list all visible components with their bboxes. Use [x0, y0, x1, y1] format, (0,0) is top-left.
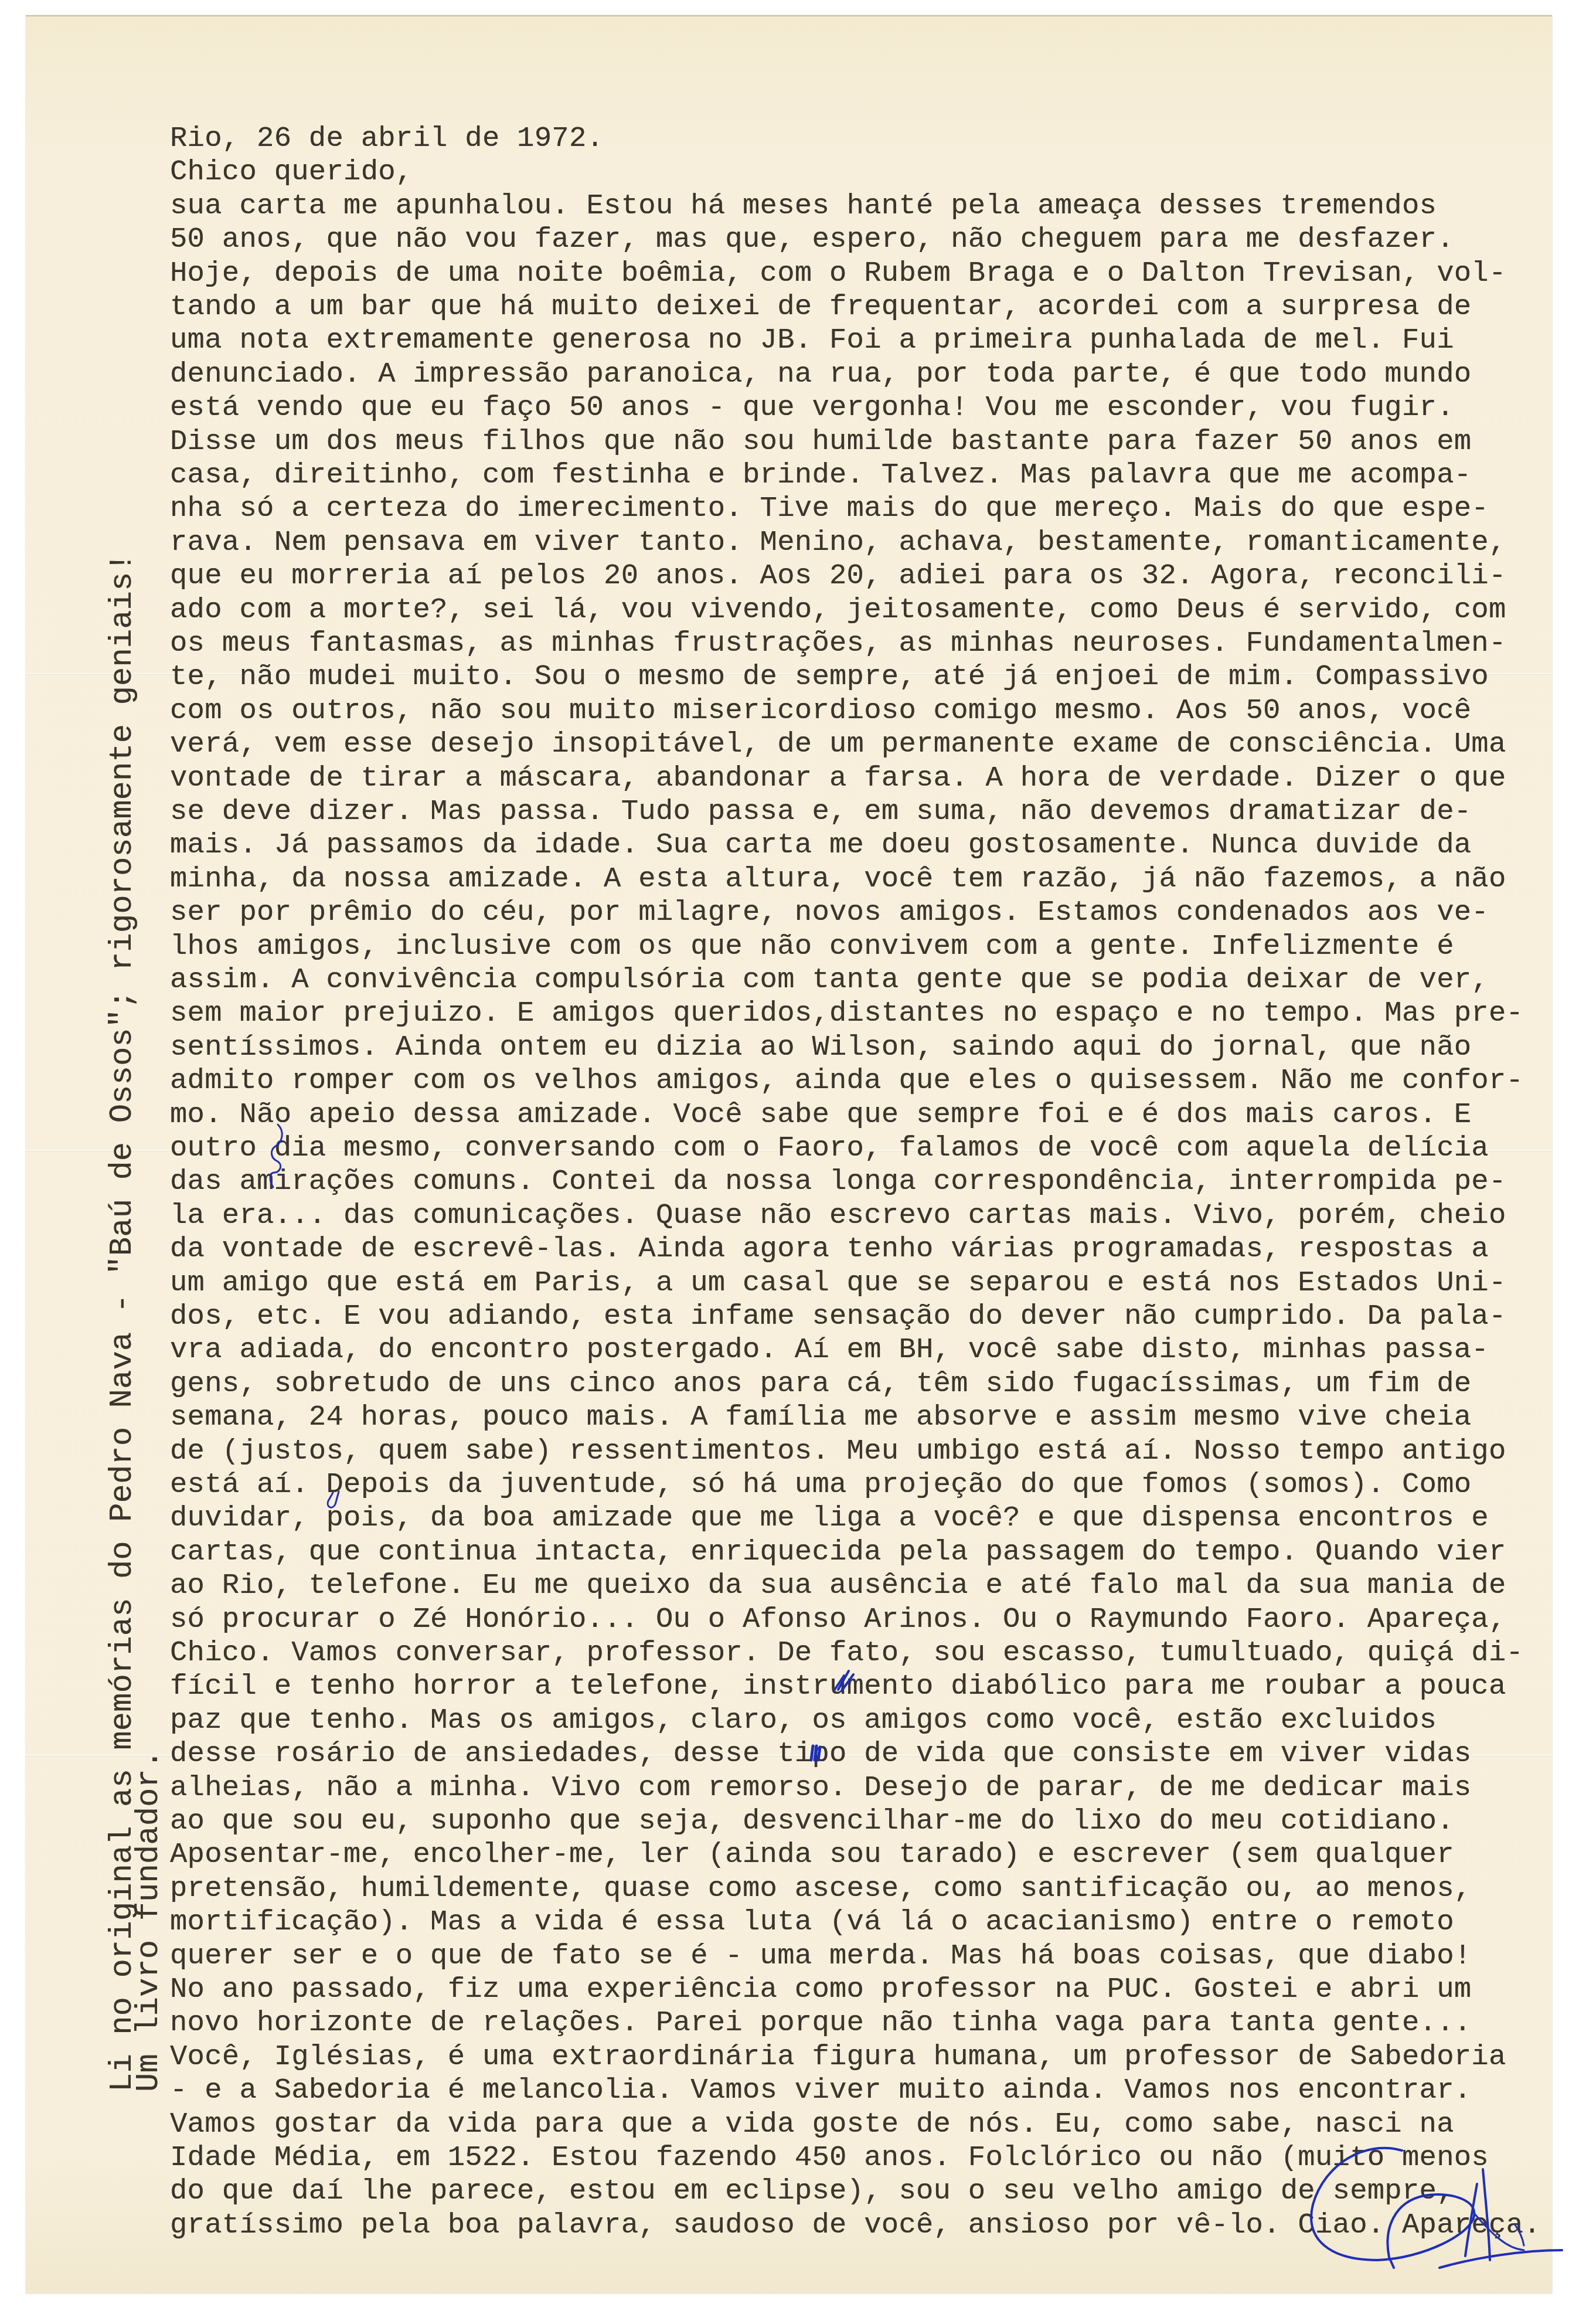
- letter-line: do que daí lhe parece, estou em eclipse)…: [170, 2177, 1454, 2206]
- letter-line: está vendo que eu faço 50 anos - que ver…: [170, 393, 1454, 422]
- letter-date: Rio, 26 de abril de 1972.: [170, 124, 604, 153]
- letter-line: Chico. Vamos conversar, professor. De fa…: [170, 1639, 1523, 1667]
- letter-line: semana, 24 horas, pouco mais. A família …: [170, 1403, 1471, 1432]
- letter-line: gratíssimo pela boa palavra, saudoso de …: [170, 2211, 1541, 2240]
- letter-line: Hoje, depois de uma noite boêmia, com o …: [170, 259, 1506, 288]
- letter-line: ao Rio, telefone. Eu me queixo da sua au…: [170, 1571, 1506, 1600]
- letter-line: outro dia mesmo, conversando com o Faoro…: [170, 1134, 1489, 1163]
- letter-line: tando a um bar que há muito deixei de fr…: [170, 293, 1471, 321]
- letter-line: Você, Iglésias, é uma extraordinária fig…: [170, 2043, 1506, 2071]
- letter-line: cartas, que continua intacta, enriquecid…: [170, 1538, 1506, 1567]
- letter-line: ser por prêmio do céu, por milagre, novo…: [170, 898, 1489, 927]
- letter-body: Rio, 26 de abril de 1972.Chico querido,s…: [0, 0, 1596, 2317]
- letter-line: denunciado. A impressão paranoica, na ru…: [170, 360, 1471, 389]
- letter-line: casa, direitinho, com festinha e brinde.…: [170, 461, 1471, 490]
- letter-line: querer ser e o que de fato se é - uma me…: [170, 1942, 1471, 1971]
- letter-line: sem maior prejuizo. E amigos queridos,di…: [170, 999, 1523, 1028]
- letter-line: Aposentar-me, encolher-me, ler (ainda so…: [170, 1840, 1454, 1869]
- letter-line: um amigo que está em Paris, a um casal q…: [170, 1269, 1506, 1297]
- letter-line: 50 anos, que não vou fazer, mas que, esp…: [170, 225, 1454, 254]
- letter-line: mortificação). Mas a vida é essa luta (v…: [170, 1908, 1454, 1937]
- letter-line: de (justos, quem sabe) ressentimentos. M…: [170, 1437, 1506, 1466]
- letter-line: Vamos gostar da vida para que a vida gos…: [170, 2110, 1454, 2139]
- letter-line: fícil e tenho horror a telefone, instrum…: [170, 1672, 1506, 1701]
- margin-note-line-2: Um livro fundador.: [134, 1750, 165, 2092]
- letter-line: sua carta me apunhalou. Estou há meses h…: [170, 192, 1437, 220]
- letter-line: assim. A convivência compulsória com tan…: [170, 966, 1489, 994]
- letter-line: lhos amigos, inclusive com os que não co…: [170, 932, 1454, 961]
- letter-line: Idade Média, em 1522. Estou fazendo 450 …: [170, 2143, 1489, 2172]
- letter-line: rava. Nem pensava em viver tanto. Menino…: [170, 528, 1506, 557]
- letter-line: - e a Sabedoria é melancolia. Vamos vive…: [170, 2076, 1471, 2105]
- letter-line: mo. Não apeio dessa amizade. Você sabe q…: [170, 1100, 1471, 1129]
- letter-line: vra adiada, do encontro postergado. Aí e…: [170, 1336, 1489, 1364]
- letter-line: das amirações comuns. Contei da nossa lo…: [170, 1167, 1506, 1196]
- letter-line: desse rosário de ansiedades, desse tipo …: [170, 1740, 1471, 1768]
- letter-line: só procurar o Zé Honório... Ou o Afonso …: [170, 1605, 1506, 1634]
- letter-line: verá, vem esse desejo insopitável, de um…: [170, 730, 1506, 759]
- letter-line: que eu morreria aí pelos 20 anos. Aos 20…: [170, 562, 1506, 590]
- letter-line: ao que sou eu, suponho que seja, desvenc…: [170, 1807, 1454, 1836]
- letter-line: se deve dizer. Mas passa. Tudo passa e, …: [170, 797, 1471, 826]
- letter-line: pretensão, humildemente, quase como asce…: [170, 1874, 1471, 1903]
- letter-line: os meus fantasmas, as minhas frustrações…: [170, 629, 1506, 658]
- letter-line: minha, da nossa amizade. A esta altura, …: [170, 865, 1506, 893]
- letter-line: alheias, não a minha. Vivo com remorso. …: [170, 1774, 1471, 1802]
- letter-line: Disse um dos meus filhos que não sou hum…: [170, 427, 1471, 456]
- letter-line: paz que tenho. Mas os amigos, claro, os …: [170, 1706, 1437, 1735]
- letter-salutation: Chico querido,: [170, 158, 413, 186]
- letter-line: vontade de tirar a máscara, abandonar a …: [170, 764, 1506, 793]
- letter-line: novo horizonte de relações. Parei porque…: [170, 2009, 1471, 2037]
- letter-line: la era... das comunicações. Quase não es…: [170, 1201, 1506, 1230]
- letter-line: está aí. Depois da juventude, só há uma …: [170, 1470, 1471, 1499]
- letter-line: uma nota extremamente generosa no JB. Fo…: [170, 326, 1454, 355]
- letter-line: dos, etc. E vou adiando, esta infame sen…: [170, 1302, 1506, 1331]
- letter-line: sentíssimos. Ainda ontem eu dizia ao Wil…: [170, 1033, 1471, 1062]
- letter-line: No ano passado, fiz uma experiência como…: [170, 1975, 1471, 2004]
- letter-line: nha só a certeza do imerecimento. Tive m…: [170, 494, 1489, 523]
- letter-line: duvidar, pois, da boa amizade que me lig…: [170, 1504, 1489, 1533]
- letter-line: mais. Já passamos da idade. Sua carta me…: [170, 831, 1471, 859]
- letter-line: com os outros, não sou muito misericordi…: [170, 697, 1471, 725]
- letter-line: te, não mudei muito. Sou o mesmo de semp…: [170, 663, 1489, 691]
- letter-line: da vontade de escrevê-las. Ainda agora t…: [170, 1235, 1489, 1263]
- letter-line: admito romper com os velhos amigos, aind…: [170, 1066, 1523, 1095]
- letter-line: ado com a morte?, sei lá, vou vivendo, j…: [170, 596, 1506, 624]
- letter-line: gens, sobretudo de uns cinco anos para c…: [170, 1370, 1471, 1398]
